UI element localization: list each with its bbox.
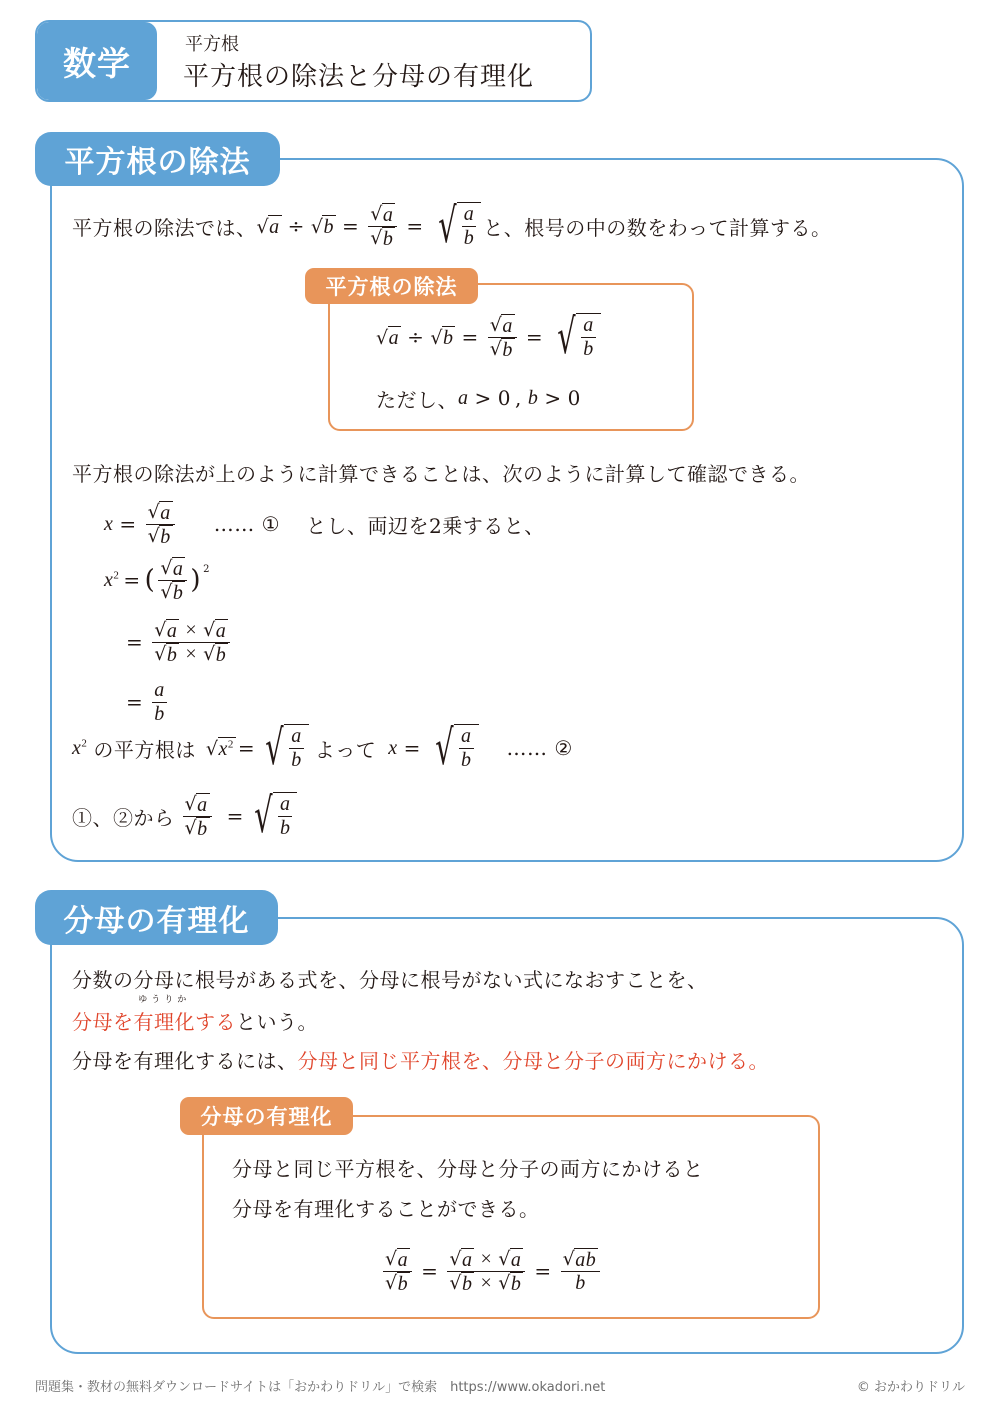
proof-step-root: x2 の平方根は √x2 = √ ab よって x = √ ab …… ② (72, 718, 573, 778)
equals: = (342, 214, 359, 238)
rationalize-rule-tag: 分母の有理化 (180, 1097, 353, 1135)
ruby-yuurika: ゆうりか 有理化 (134, 1006, 196, 1035)
division-intro: 平方根の除法では、 √a ÷ √b = √a √b = √ ab と、根号の中の… (72, 196, 832, 256)
intro-suffix: と、根号の中の数をわって計算する。 (483, 212, 831, 241)
rationalize-line-3: 分母を有理化するには、 分母と同じ平方根を、分母と分子の両方にかける。 (72, 1043, 769, 1075)
proof-step-square: x2 = ( √a √b ) 2 (104, 550, 210, 610)
proof-intro: 平方根の除法が上のように計算できることは、次のように計算して確認できる。 (72, 456, 810, 488)
rationalize-rule-formula: √a √b = √a×√a √b×√b = √ab b (380, 1239, 603, 1303)
proof-conclusion: ①、②から √a √b = √ ab (72, 786, 299, 846)
header-box: 数学 平方根 平方根の除法と分母の有理化 (35, 20, 592, 102)
section-division-tag: 平方根の除法 (35, 132, 280, 186)
intro-prefix: 平方根の除法では、 (72, 212, 257, 241)
division-rule-formula: √a ÷ √b = √a √b = √ ab (376, 307, 603, 367)
page-title: 平方根の除法と分母の有理化 (183, 56, 534, 93)
fraction-sqrt-a-over-sqrt-b: √a √b (368, 203, 397, 250)
subject-badge: 数学 (37, 22, 157, 100)
section-rationalize-tag: 分母の有理化 (35, 890, 278, 945)
proof-step-expand: = √a×√a √b×√b (126, 612, 233, 672)
label-1: …… ① (214, 512, 280, 536)
rationalize-rule-line-1: 分母と同じ平方根を、分母と分子の両方にかけると (232, 1151, 704, 1183)
division-rule-condition: ただし、 a > 0 , b > 0 (376, 383, 581, 413)
sqrt-a: √a (257, 215, 282, 238)
unit-label: 平方根 (185, 30, 239, 56)
label-2: …… ② (507, 736, 573, 760)
division-rule-box: √a ÷ √b = √a √b = √ ab ただし、 a > 0 , b > … (328, 283, 694, 431)
sqrt-b: √b (311, 215, 336, 238)
equals: = (406, 214, 423, 238)
footer-copyright: © おかわりドリル (857, 1376, 965, 1395)
footer-site-info: 問題集・教材の無料ダウンロードサイトは「おかわりドリル」で検索 https://… (35, 1376, 605, 1395)
rationalize-line-2: 分母を ゆうりか 有理化 する という。 (72, 1004, 318, 1036)
division-rule-tag: 平方根の除法 (305, 268, 478, 304)
proof-step-1: x = √a √b …… ① とし、両辺を2乗すると、 (104, 494, 545, 554)
divide-sign: ÷ (288, 214, 305, 238)
rationalize-line-1: 分数の分母に根号がある式を、分母に根号がない式になおすことを、 (72, 962, 708, 994)
rationalize-rule-box: 分母と同じ平方根を、分母と分子の両方にかけると 分母を有理化することができる。 … (202, 1115, 820, 1319)
rationalize-rule-line-2: 分母を有理化することができる。 (232, 1191, 540, 1223)
sqrt-a-over-b: √ ab (432, 202, 482, 250)
